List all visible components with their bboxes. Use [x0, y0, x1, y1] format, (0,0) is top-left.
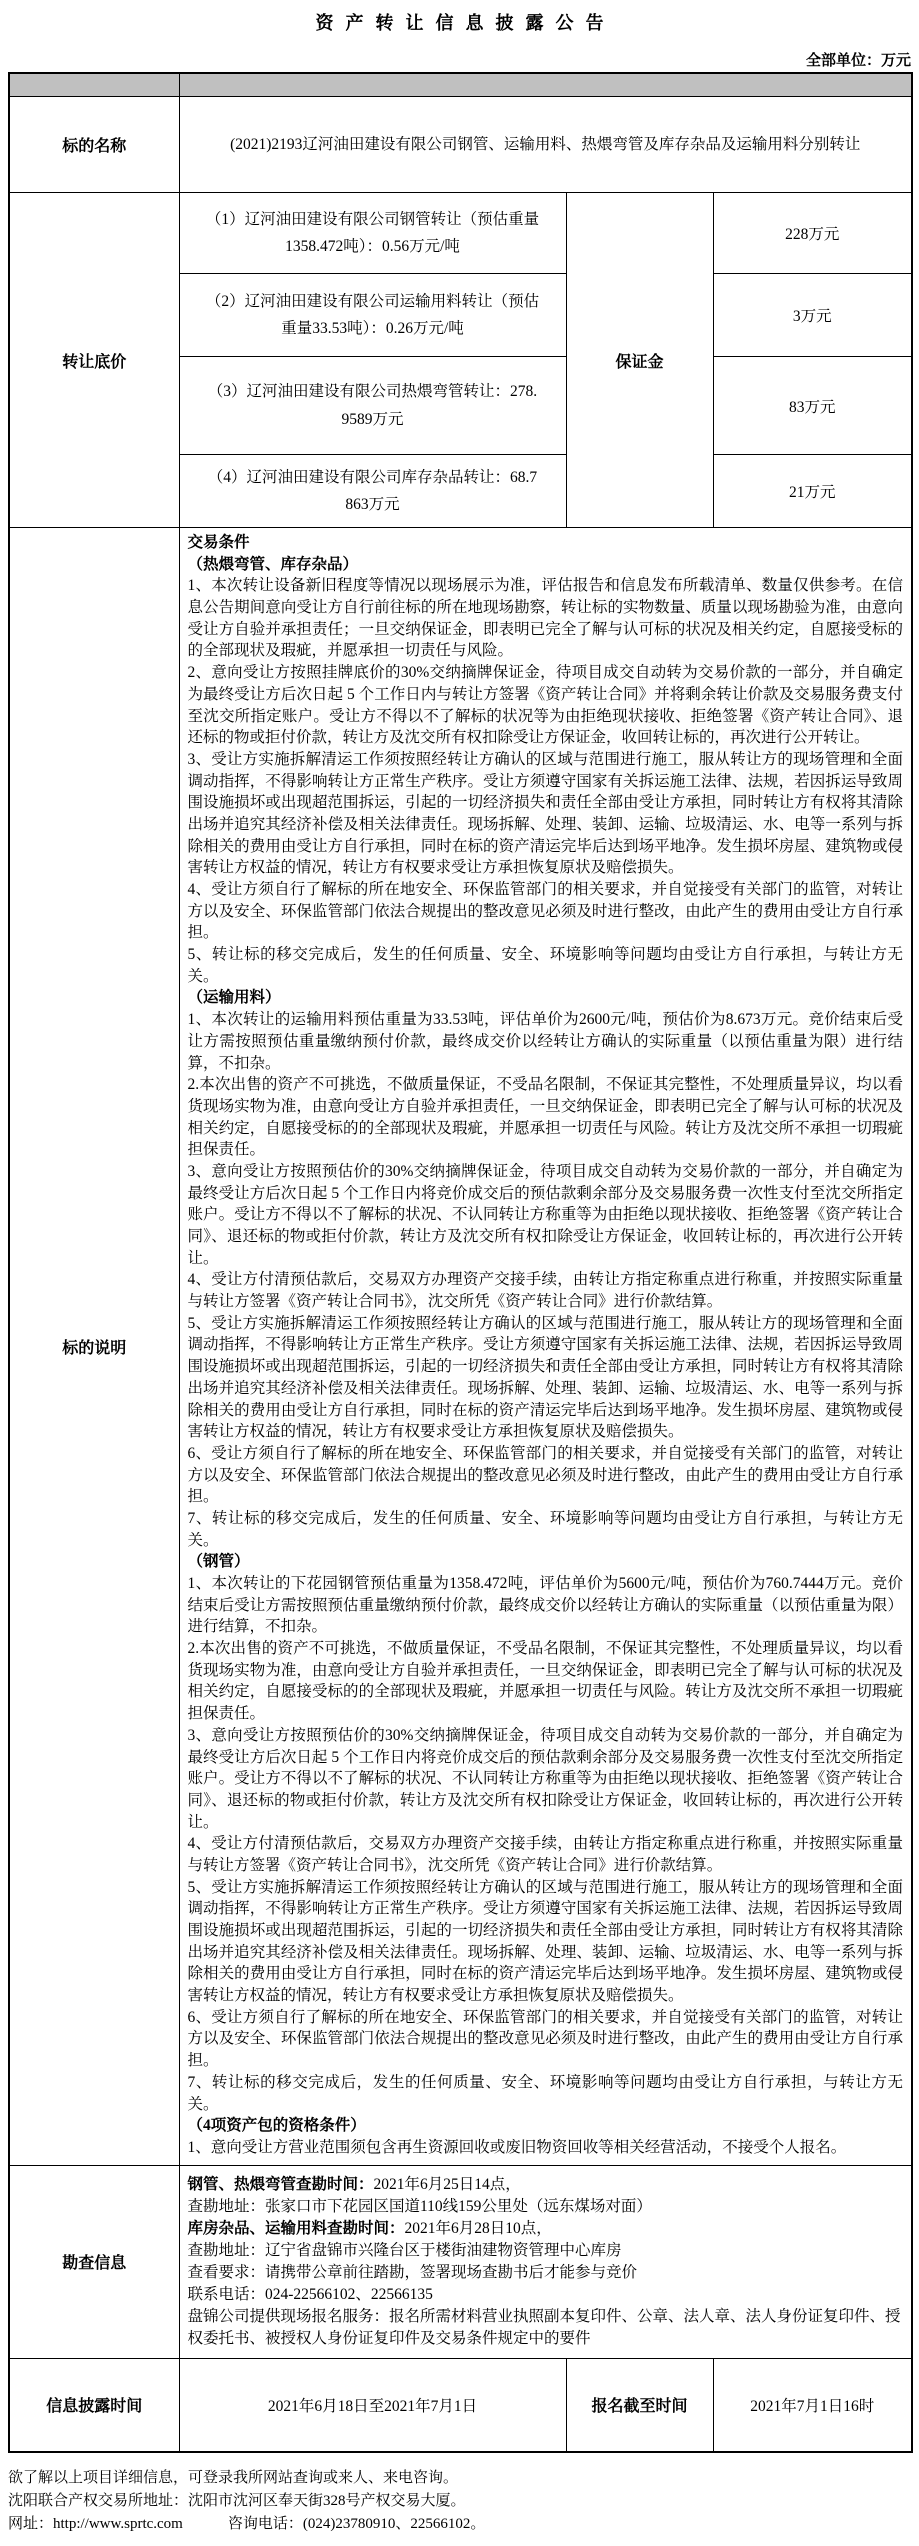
price-row-1: 转让底价 （1）辽河油田建设有限公司钢管转让（预估重量1358.472吨）：0.…: [9, 193, 912, 274]
price-item-3: （3）辽河油田建设有限公司热煨弯管转让：278.9589万元: [179, 357, 566, 455]
description-paragraph: （热煨弯管、库存杂品）: [188, 554, 904, 576]
description-paragraph: 6、受让方须自行了解标的所在地安全、环保监管部门的相关要求，并自觉接受有关部门的…: [188, 1443, 904, 1508]
survey-line: 联系电话：024-22566102、22566135: [188, 2284, 904, 2306]
table-header-band: [9, 73, 912, 97]
description-paragraph: 4、受让方付清预估款后，交易双方办理资产交接手续，由转让方指定称重点进行称重，并…: [188, 1269, 904, 1312]
description-paragraph: 6、受让方须自行了解标的所在地安全、环保监管部门的相关要求，并自觉接受有关部门的…: [188, 2007, 904, 2072]
unit-note: 全部单位：万元: [0, 49, 911, 70]
survey-line: 钢管、热煨弯管查勘时间：2021年6月25日14点，: [188, 2174, 904, 2196]
deposit-amount-4: 21万元: [713, 455, 912, 528]
description-paragraph: 4、受让方须自行了解标的所在地安全、环保监管部门的相关要求，并自觉接受有关部门的…: [188, 879, 904, 944]
deposit-label: 保证金: [566, 193, 713, 528]
description-paragraph: 7、转让标的移交完成后，发生的任何质量、安全、环境影响等问题均由受让方自行承担，…: [188, 2072, 904, 2115]
deposit-amount-1: 228万元: [713, 193, 912, 274]
footer-line: 欲了解以上项目详细信息，可登录我所网站查询或来人、来电咨询。: [8, 2467, 911, 2490]
survey-line: 库房杂品、运输用料查勘时间：2021年6月28日10点，: [188, 2218, 904, 2240]
description-paragraph: 5、受让方实施拆解清运工作须按照经转让方确认的区域与范围进行施工，服从转让方的现…: [188, 1877, 904, 2007]
description-paragraph: 2、意向受让方按照挂牌底价的30%交纳摘牌保证金，待项目成交自动转为交易价款的一…: [188, 662, 904, 749]
footer-line: 网址：http://www.sprtc.com 咨询电话：(024)237809…: [8, 2513, 911, 2536]
price-item-4: （4）辽河油田建设有限公司库存杂品转让：68.7863万元: [179, 455, 566, 528]
description-paragraph: （运输用料）: [188, 987, 904, 1009]
survey-line-text: 2021年6月25日14点，: [374, 2176, 521, 2193]
survey-line: 盘锦公司提供现场报名服务：报名所需材料营业执照副本复印件、公章、法人章、法人身份…: [188, 2306, 904, 2350]
subject-name-label: 标的名称: [9, 97, 179, 193]
description-paragraph: （4项资产包的资格条件）: [188, 2115, 904, 2137]
price-item-2: （2）辽河油田建设有限公司运输用料转让（预估重量33.53吨）：0.26万元/吨: [179, 274, 566, 357]
survey-line: 查勘地址：辽宁省盘锦市兴隆台区于楼街油建物资管理中心库房: [188, 2240, 904, 2262]
page-footer: 欲了解以上项目详细信息，可登录我所网站查询或来人、来电咨询。 沈阳联合产权交易所…: [8, 2467, 911, 2537]
survey-line-text: 盘锦公司提供现场报名服务：报名所需材料营业执照副本复印件、公章、法人章、法人身份…: [188, 2308, 901, 2347]
deposit-amount-2: 3万元: [713, 274, 912, 357]
description-paragraph: 1、本次转让设备新旧程度等情况以现场展示为准，评估报告和信息发布所载清单、数量仅…: [188, 575, 904, 662]
description-paragraph: 7、转让标的移交完成后，发生的任何质量、安全、环境影响等问题均由受让方自行承担，…: [188, 1508, 904, 1551]
description-paragraph: 2.本次出售的资产不可挑选，不做质量保证，不受品名限制，不保证其完整性，不处理质…: [188, 1074, 904, 1161]
announcement-table: 标的名称 (2021)2193辽河油田建设有限公司钢管、运输用料、热煨弯管及库存…: [8, 72, 913, 2453]
description-paragraph: 1、意向受让方营业范围须包含再生资源回收或废旧物资回收等相关经营活动，不接受个人…: [188, 2137, 904, 2159]
survey-info-content: 钢管、热煨弯管查勘时间：2021年6月25日14点， 查勘地址：张家口市下花园区…: [179, 2165, 912, 2358]
survey-line-text: 查勘地址：辽宁省盘锦市兴隆台区于楼街油建物资管理中心库房: [188, 2242, 622, 2259]
disclosure-time-value: 2021年6月18日至2021年7月1日: [179, 2358, 566, 2452]
footer-line: 沈阳联合产权交易所地址：沈阳市沈河区奉天街328号产权交易大厦。: [8, 2490, 911, 2513]
subject-description-label: 标的说明: [9, 528, 179, 2166]
survey-line-text: 查勘地址：张家口市下花园区国道110线159公里处（远东煤场对面）: [188, 2198, 652, 2215]
description-paragraph: 2.本次出售的资产不可挑选，不做质量保证，不受品名限制，不保证其完整性，不处理质…: [188, 1638, 904, 1725]
survey-line-text: 2021年6月28日10点，: [405, 2220, 552, 2237]
survey-info-row: 勘查信息 钢管、热煨弯管查勘时间：2021年6月25日14点， 查勘地址：张家口…: [9, 2165, 912, 2358]
description-paragraph: 1、本次转让的下花园钢管预估重量为1358.472吨，评估单价为5600元/吨，…: [188, 1573, 904, 1638]
header-band-label-cell: [9, 73, 179, 97]
subject-description-row: 标的说明 交易条件 （热煨弯管、库存杂品） 1、本次转让设备新旧程度等情况以现场…: [9, 528, 912, 2166]
description-paragraph: 3、意向受让方按照预估价的30%交纳摘牌保证金，待项目成交自动转为交易价款的一部…: [188, 1725, 904, 1833]
disclosure-time-label: 信息披露时间: [9, 2358, 179, 2452]
description-paragraph: 3、意向受让方按照预估价的30%交纳摘牌保证金，待项目成交自动转为交易价款的一部…: [188, 1161, 904, 1269]
survey-line-prefix: 钢管、热煨弯管查勘时间：: [188, 2176, 374, 2193]
description-paragraph: 交易条件: [188, 532, 904, 554]
description-paragraph: 3、受让方实施拆解清运工作须按照经转让方确认的区域与范围进行施工，服从转让方的现…: [188, 749, 904, 879]
subject-name-value: (2021)2193辽河油田建设有限公司钢管、运输用料、热煨弯管及库存杂品及运输…: [179, 97, 912, 193]
deadline-label: 报名截至时间: [566, 2358, 713, 2452]
price-item-1: （1）辽河油田建设有限公司钢管转让（预估重量1358.472吨）：0.56万元/…: [179, 193, 566, 274]
disclosure-row: 信息披露时间 2021年6月18日至2021年7月1日 报名截至时间 2021年…: [9, 2358, 912, 2452]
deadline-value: 2021年7月1日16时: [713, 2358, 912, 2452]
description-paragraph: （钢管）: [188, 1551, 904, 1573]
deposit-amount-3: 83万元: [713, 357, 912, 455]
survey-line-text: 联系电话：024-22566102、22566135: [188, 2286, 433, 2303]
base-price-label: 转让底价: [9, 193, 179, 528]
subject-description-content: 交易条件 （热煨弯管、库存杂品） 1、本次转让设备新旧程度等情况以现场展示为准，…: [179, 528, 912, 2166]
survey-line-text: 查看要求：请携带公章前往踏勘，签署现场查勘书后才能参与竞价: [188, 2264, 638, 2281]
description-paragraph: 1、本次转让的运输用料预估重量为33.53吨，评估单价为2600元/吨，预估价为…: [188, 1009, 904, 1074]
survey-line-prefix: 库房杂品、运输用料查勘时间：: [188, 2220, 405, 2237]
description-paragraph: 5、受让方实施拆解清运工作须按照经转让方确认的区域与范围进行施工，服从转让方的现…: [188, 1313, 904, 1443]
survey-line: 查勘地址：张家口市下花园区国道110线159公里处（远东煤场对面）: [188, 2196, 904, 2218]
survey-line: 查看要求：请携带公章前往踏勘，签署现场查勘书后才能参与竞价: [188, 2262, 904, 2284]
header-band-content-cell: [179, 73, 912, 97]
description-paragraph: 5、转让标的移交完成后，发生的任何质量、安全、环境影响等问题均由受让方自行承担，…: [188, 944, 904, 987]
survey-info-label: 勘查信息: [9, 2165, 179, 2358]
subject-name-row: 标的名称 (2021)2193辽河油田建设有限公司钢管、运输用料、热煨弯管及库存…: [9, 97, 912, 193]
description-paragraph: 4、受让方付清预估款后，交易双方办理资产交接手续，由转让方指定称重点进行称重，并…: [188, 1833, 904, 1876]
page-title: 资产转让信息披露公告: [0, 0, 919, 35]
